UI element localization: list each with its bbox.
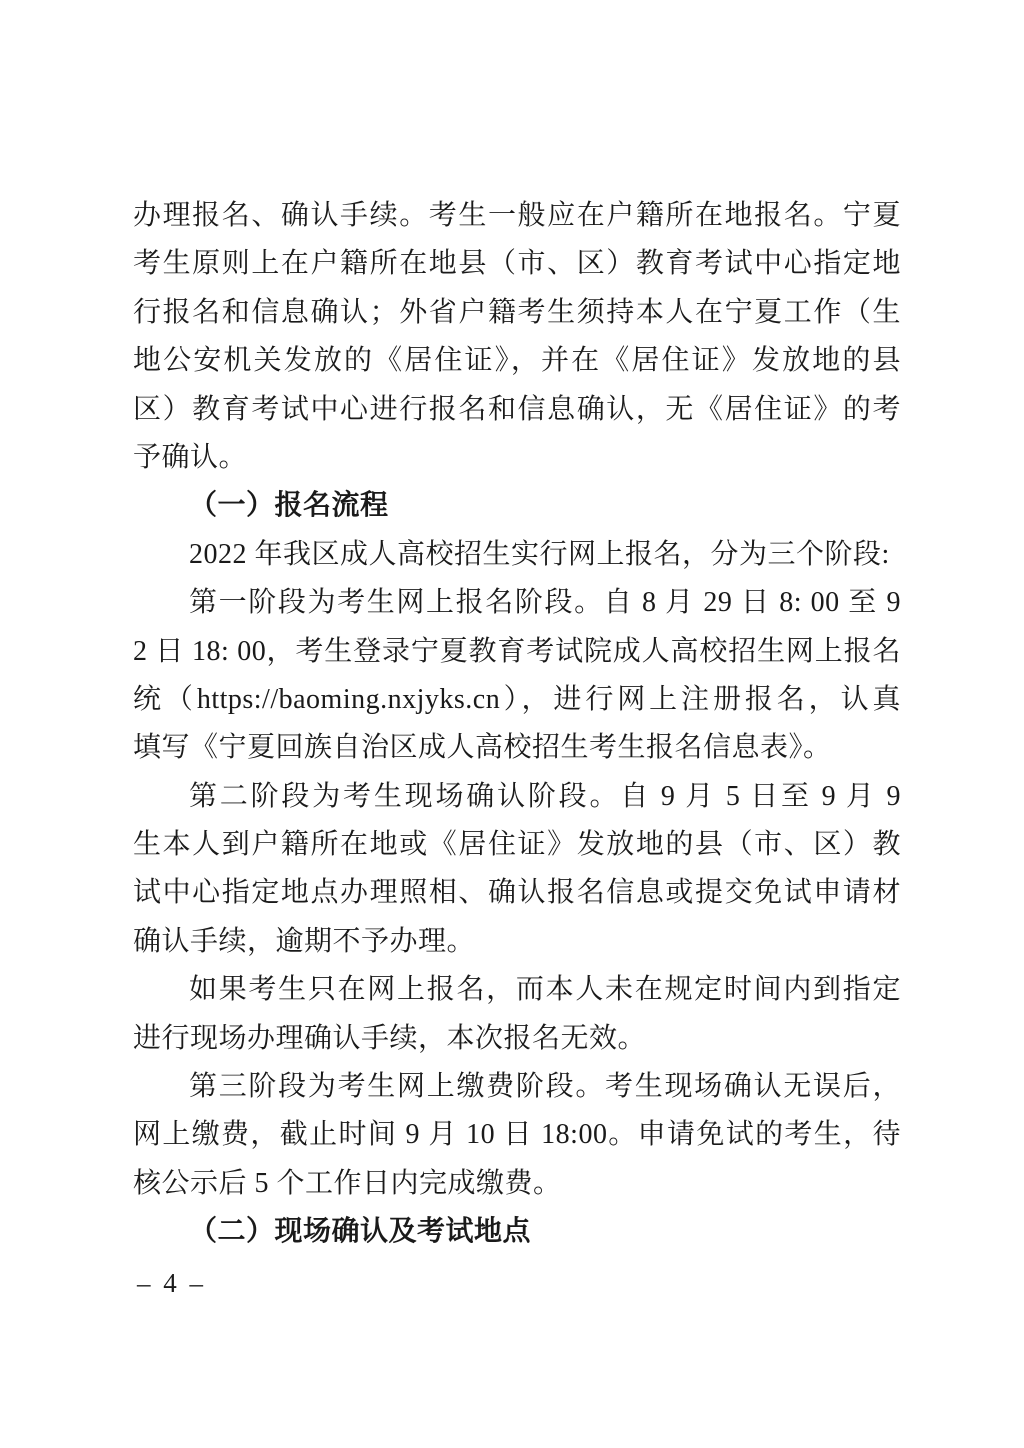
- section-heading-2: （二）现场确认及考试地点: [133, 1208, 901, 1256]
- text-line: 行报名和信息确认；外省户籍考生须持本人在宁夏工作（生活）: [133, 289, 901, 337]
- text-line: 填写《宁夏回族自治区成人高校招生考生报名信息表》。: [133, 724, 901, 772]
- text-line: 网上缴费，截止时间 9 月 10 日 18:00。申请免试的考生，待审: [133, 1111, 901, 1159]
- text-line: 第二阶段为考生现场确认阶段。自 9 月 5 日至 9 月 9 日，考: [133, 773, 901, 821]
- section-heading-1: （一）报名流程: [133, 482, 901, 530]
- text-line: 进行现场办理确认手续，本次报名无效。: [133, 1015, 901, 1063]
- text-line: 试中心指定地点办理照相、确认报名信息或提交免试申请材料等: [133, 869, 901, 917]
- page-number: – 4 –: [137, 1268, 206, 1299]
- text-line: 办理报名、确认手续。考生一般应在户籍所在地报名。宁夏户籍: [133, 192, 901, 240]
- text-line: 考生原则上在户籍所在地县（市、区）教育考试中心指定地点进: [133, 240, 901, 288]
- text-line: 核公示后 5 个工作日内完成缴费。: [133, 1160, 901, 1208]
- text-line: 第三阶段为考生网上缴费阶段。考生现场确认无误后，进行: [133, 1063, 901, 1111]
- text-line: 生本人到户籍所在地或《居住证》发放地的县（市、区）教育考: [133, 821, 901, 869]
- text-line: 区）教育考试中心进行报名和信息确认，无《居住证》的考生不: [133, 386, 901, 434]
- text-line: 2022 年我区成人高校招生实行网上报名，分为三个阶段:: [133, 531, 901, 579]
- document-page: 办理报名、确认手续。考生一般应在户籍所在地报名。宁夏户籍 考生原则上在户籍所在地…: [0, 0, 1024, 1448]
- text-line: 2 日 18: 00，考生登录宁夏教育考试院成人高校招生网上报名系: [133, 628, 901, 676]
- text-line: 第一阶段为考生网上报名阶段。自 8 月 29 日 8: 00 至 9 月: [133, 579, 901, 627]
- text-line: 确认手续，逾期不予办理。: [133, 918, 901, 966]
- text-line: 地公安机关发放的《居住证》，并在《居住证》发放地的县（市、: [133, 337, 901, 385]
- text-line: 如果考生只在网上报名，而本人未在规定时间内到指定地点: [133, 966, 901, 1014]
- document-body: 办理报名、确认手续。考生一般应在户籍所在地报名。宁夏户籍 考生原则上在户籍所在地…: [133, 192, 901, 1257]
- text-line: 统（https://baoming.nxjyks.cn），进行网上注册报名，认真: [133, 676, 901, 724]
- text-line: 予确认。: [133, 434, 901, 482]
